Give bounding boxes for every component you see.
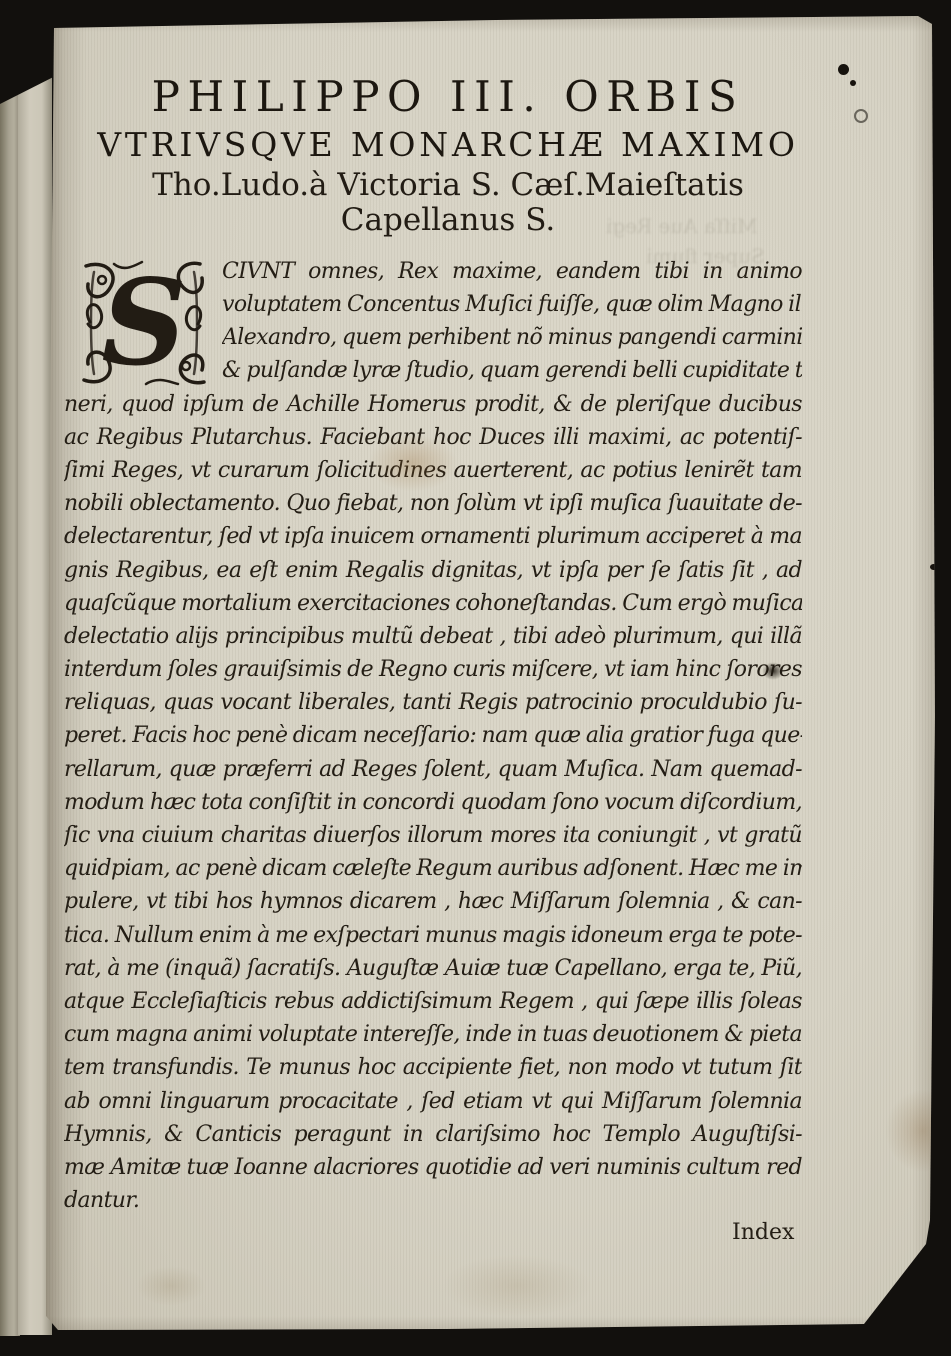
text-line: ſimi Reges, vt curarum ſolicitudines aue… <box>64 454 802 487</box>
text-line: quaſcũque mortalium exercitaciones cohon… <box>64 587 802 620</box>
text-line: mæ Amitæ tuæ Ioanne alacriores quotidie … <box>64 1151 802 1184</box>
text-line: Hymnis, & Canticis peragunt in clariſsim… <box>64 1118 802 1151</box>
text-line: delectatio alijs principibus multũ debea… <box>64 620 802 653</box>
text-line: Alexandro, quem perhibent nõ minus pange… <box>222 321 802 354</box>
decorated-initial-S: S <box>80 258 208 388</box>
ink-dot-small <box>850 80 856 86</box>
book-scan: Miſſa Aue Regi Super flumi PHILIPPO III.… <box>0 0 951 1356</box>
edge-speck <box>930 564 937 570</box>
text-line: nobili oblectamento. Quo fiebat, non ſol… <box>64 487 802 520</box>
text-line: dantur. <box>64 1184 802 1217</box>
title-line-4: Capellanus S. <box>94 203 802 238</box>
opening-paragraph: S CIVNT omnes, Rex maxime, eandem tibi i… <box>64 255 802 388</box>
dedication-heading: PHILIPPO III. ORBIS VTRIVSQVE MONARCHÆ M… <box>64 74 802 238</box>
text-line: cum magna animi voluptate intereſſe, ind… <box>64 1018 802 1051</box>
text-line: rellarum, quæ præferri ad Reges ſolent, … <box>64 753 802 786</box>
catchword: Index <box>732 1220 802 1245</box>
text-line: CIVNT omnes, Rex maxime, eandem tibi in … <box>222 255 802 288</box>
text-line: atque Eccleſiaſticis rebus addictiſsimum… <box>64 985 802 1018</box>
dedication-body: S CIVNT omnes, Rex maxime, eandem tibi i… <box>64 255 802 1246</box>
paper-stain <box>442 1254 592 1318</box>
text-line: delectarentur, ſed vt ipſa inuicem ornam… <box>64 520 802 553</box>
text-line: neri, quod ipſum de Achille Homerus prod… <box>64 388 802 421</box>
text-line: pulere, vt tibi hos hymnos dicarem , hæc… <box>64 885 802 918</box>
text-line: peret. Facis hoc penè dicam neceſſario: … <box>64 719 802 752</box>
text-line: tem transfundis. Te munus hoc accipiente… <box>64 1051 802 1084</box>
text-line: ab omni linguarum procacitate , ſed etia… <box>64 1085 802 1118</box>
svg-text:S: S <box>101 258 186 388</box>
paper-stain <box>884 1088 951 1174</box>
book-page: Miſſa Aue Regi Super flumi PHILIPPO III.… <box>46 16 938 1336</box>
text-line: quidpiam, ac penè dicam cæleſte Regum au… <box>64 852 802 885</box>
paper-stain <box>136 1266 206 1306</box>
text-line: gnis Regibus, ea eſt enim Regalis dignit… <box>64 554 802 587</box>
text-line: & pulſandæ lyræ ſtudio, quam gerendi bel… <box>222 354 802 387</box>
title-line-1: PHILIPPO III. ORBIS <box>94 74 802 120</box>
body-lines: neri, quod ipſum de Achille Homerus prod… <box>64 388 802 1218</box>
text-line: voluptatem Concentus Muſici fuiſſe, quæ … <box>222 288 802 321</box>
page-content: PHILIPPO III. ORBIS VTRIVSQVE MONARCHÆ M… <box>64 62 802 1245</box>
opening-lines: CIVNT omnes, Rex maxime, eandem tibi in … <box>222 255 802 388</box>
text-line: reliquas, quas vocant liberales, tanti R… <box>64 686 802 719</box>
text-line: tica. Nullum enim à me exſpectari munus … <box>64 919 802 952</box>
text-line: ac Regibus Plutarchus. Faciebant hoc Duc… <box>64 421 802 454</box>
ink-ring-mark <box>854 109 868 123</box>
ink-dot-large <box>838 64 849 75</box>
text-line: rat, à me (inquã) ſacratiſs. Auguſtæ Aui… <box>64 952 802 985</box>
text-line: interdum ſoles grauiſsimis de Regno curi… <box>64 653 802 686</box>
title-line-2: VTRIVSQVE MONARCHÆ MAXIMO <box>94 126 802 164</box>
title-line-3: Tho.Ludo.à Victoria S. Cæſ.Maieſtatis <box>94 168 802 203</box>
book-gutter-edge-outer <box>0 34 20 1336</box>
text-line: ſic vna ciuium charitas diuerſos illorum… <box>64 819 802 852</box>
text-line: modum hæc tota conſiſtit in concordi quo… <box>64 786 802 819</box>
